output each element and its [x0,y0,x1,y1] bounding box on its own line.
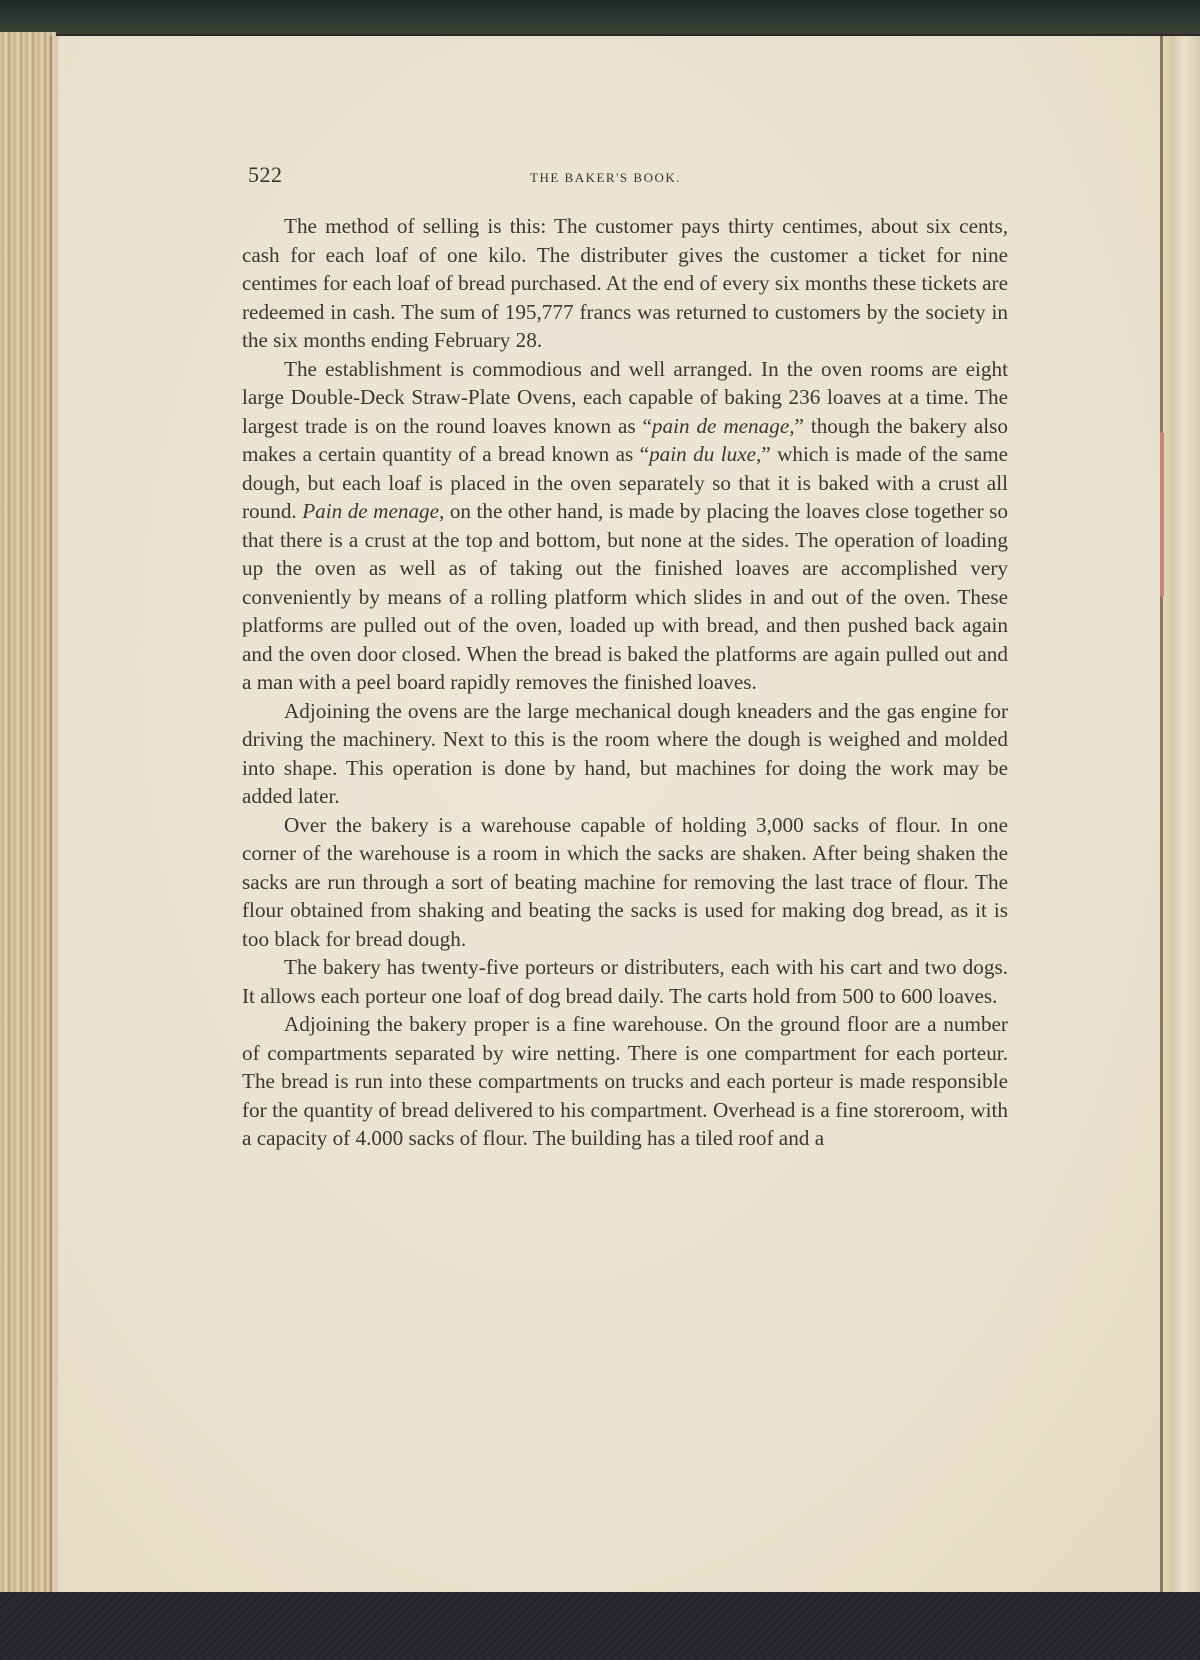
italic-phrase: pain du luxe, [649,442,761,466]
text-run: Over the bakery is a warehouse capable o… [242,813,1008,951]
text-run: Adjoining the ovens are the large mechan… [242,699,1008,809]
paragraph: Adjoining the ovens are the large mechan… [242,697,1008,811]
paragraph: The method of selling is this: The custo… [242,212,1008,355]
running-head-title: THE BAKER'S BOOK. [530,166,681,188]
running-head: 522 THE BAKER'S BOOK. [248,162,748,192]
bookmark-ribbon [1160,432,1164,597]
text-run: The bakery has twenty-five porteurs or d… [242,955,1008,1008]
paragraph: Over the bakery is a warehouse capable o… [242,811,1008,954]
italic-phrase: Pain de menage, [302,499,444,523]
text-run: on the other hand, is made by placing th… [242,499,1008,694]
italic-phrase: pain de menage, [652,414,795,438]
paragraph: The bakery has twenty-five porteurs or d… [242,953,1008,1010]
text-run: Adjoining the bakery proper is a fine wa… [242,1012,1008,1150]
page-stack-right [1160,36,1200,1592]
page-stack-left [0,32,56,1594]
book-cover-bottom-edge [0,1592,1200,1660]
body-text: The method of selling is this: The custo… [242,212,1008,1153]
text-run: The method of selling is this: The custo… [242,214,1008,352]
paragraph: The establishment is commodious and well… [242,355,1008,697]
book-cover-top-edge [0,0,1200,34]
page-number: 522 [248,162,283,188]
page-inner-edge [50,36,58,1592]
gutter-line [1160,36,1163,1592]
paragraph: Adjoining the bakery proper is a fine wa… [242,1010,1008,1153]
